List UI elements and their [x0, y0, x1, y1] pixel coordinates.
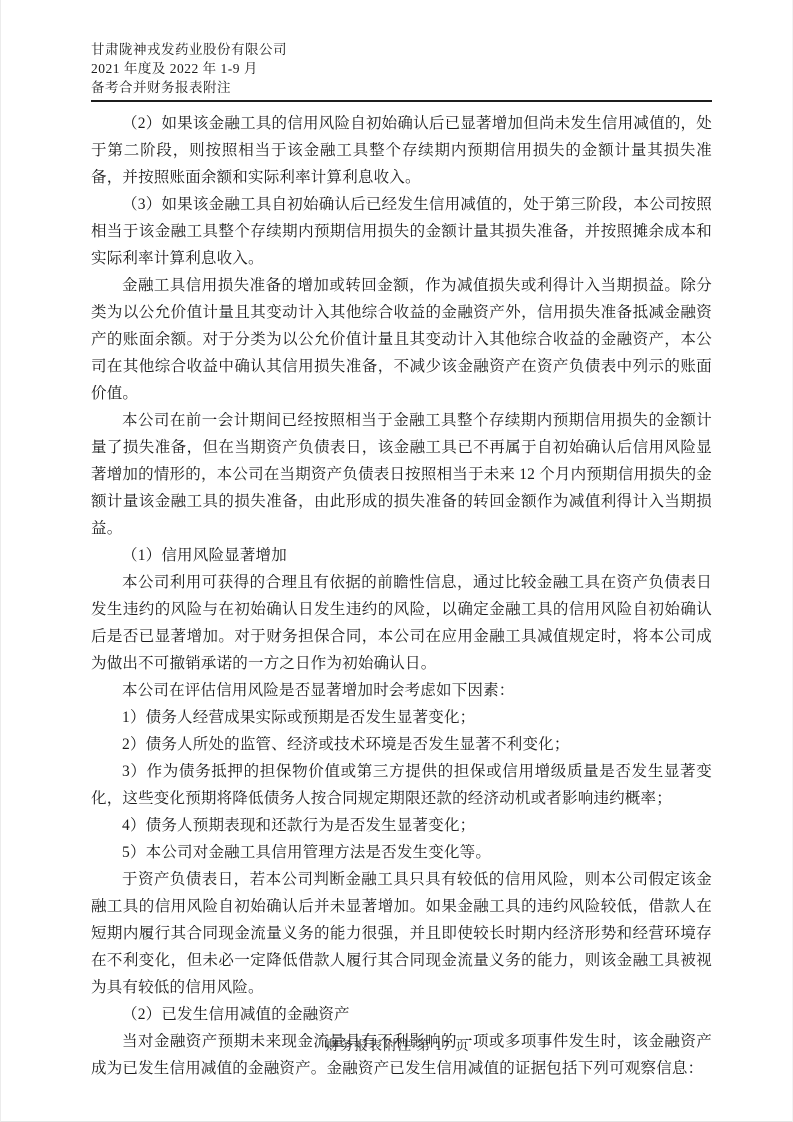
- page-number-label: 财务报表附注 第 17 页: [325, 1038, 470, 1053]
- report-title: 备考合并财务报表附注: [91, 78, 712, 97]
- paragraph: 于资产负债表日，若本公司判断金融工具只具有较低的信用风险，则本公司假定该金融工具…: [91, 866, 712, 1001]
- paragraph: （3）如果该金融工具自初始确认后已经发生信用减值的，处于第三阶段，本公司按照相当…: [91, 191, 712, 272]
- company-name: 甘肃陇神戎发药业股份有限公司: [91, 40, 712, 59]
- header-divider: [91, 100, 712, 102]
- page-footer: 财务报表附注 第 17 页: [1, 1036, 793, 1056]
- paragraph: （2）已发生信用减值的金融资产: [91, 1001, 712, 1028]
- report-period: 2021 年度及 2022 年 1-9 月: [91, 59, 712, 78]
- paragraph: 本公司利用可获得的合理且有依据的前瞻性信息，通过比较金融工具在资产负债表日发生违…: [91, 569, 712, 677]
- document-page: 甘肃陇神戎发药业股份有限公司 2021 年度及 2022 年 1-9 月 备考合…: [0, 0, 793, 1122]
- paragraph: （2）如果该金融工具的信用风险自初始确认后已显著增加但尚未发生信用减值的，处于第…: [91, 110, 712, 191]
- paragraph: 5）本公司对金融工具信用管理方法是否发生变化等。: [91, 839, 712, 866]
- paragraph: 金融工具信用损失准备的增加或转回金额，作为减值损失或利得计入当期损益。除分类为以…: [91, 272, 712, 407]
- paragraph: 本公司在前一会计期间已经按照相当于金融工具整个存续期内预期信用损失的金额计量了损…: [91, 407, 712, 542]
- document-content: 甘肃陇神戎发药业股份有限公司 2021 年度及 2022 年 1-9 月 备考合…: [91, 40, 712, 1082]
- report-header: 甘肃陇神戎发药业股份有限公司 2021 年度及 2022 年 1-9 月 备考合…: [91, 40, 712, 97]
- paragraph: （1）信用风险显著增加: [91, 542, 712, 569]
- paragraph: 本公司在评估信用风险是否显著增加时会考虑如下因素：: [91, 677, 712, 704]
- paragraph: 4）债务人预期表现和还款行为是否发生显著变化；: [91, 812, 712, 839]
- paragraph: 3）作为债务抵押的担保物价值或第三方提供的担保或信用增级质量是否发生显著变化，这…: [91, 758, 712, 812]
- paragraph: 2）债务人所处的监管、经济或技术环境是否发生显著不利变化；: [91, 731, 712, 758]
- paragraph: 1）债务人经营成果实际或预期是否发生显著变化；: [91, 704, 712, 731]
- document-body: （2）如果该金融工具的信用风险自初始确认后已显著增加但尚未发生信用减值的，处于第…: [91, 110, 712, 1082]
